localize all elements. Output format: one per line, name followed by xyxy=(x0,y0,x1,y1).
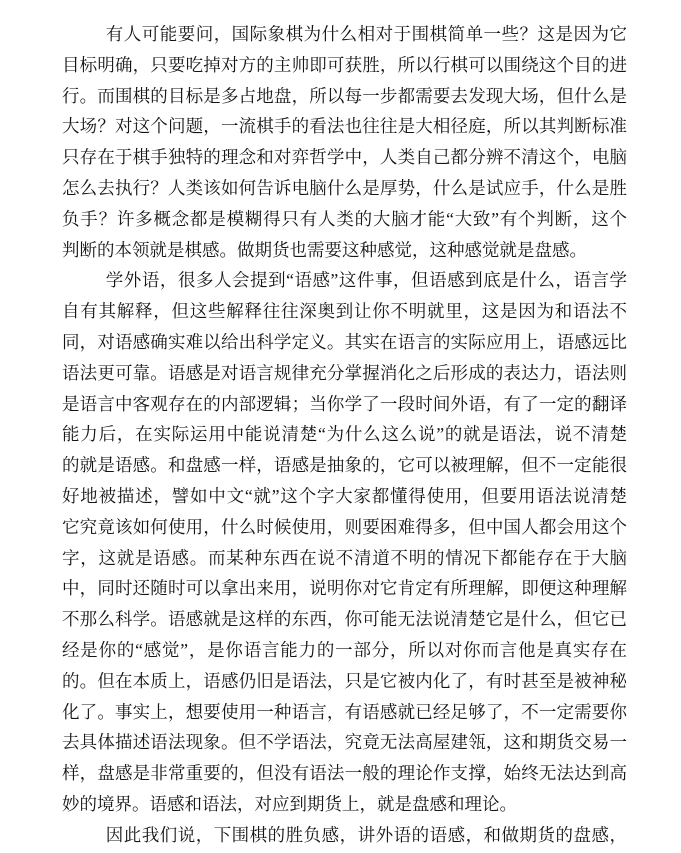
text-line: 经是你的“感觉”，是你语言能力的一部分，所以对你而言他是真实存在 xyxy=(62,635,627,666)
text-line: 同，对语感确实难以给出科学定义。其实在语言的实际应用上，语感远比 xyxy=(62,327,627,358)
text-line: 目标明确，只要吃掉对方的主帅即可获胜，所以行棋可以围绕这个目的进 xyxy=(62,50,627,81)
text-line: 去具体描述语法现象。但不学语法，究竟无法高屋建瓴，这和期货交易一 xyxy=(62,727,627,758)
text-line: 的就是语感。和盘感一样，语感是抽象的，它可以被理解，但不一定能很 xyxy=(62,450,627,481)
text-line: 能力后，在实际运用中能说清楚“为什么这么说”的就是语法，说不清楚 xyxy=(62,419,627,450)
text-line: 行。而围棋的目标是多占地盘，所以每一步都需要去发现大场，但什么是 xyxy=(62,81,627,112)
text-line: 好地被描述，譬如中文“就”这个字大家都懂得使用，但要用语法说清楚 xyxy=(62,481,627,512)
text-line: 妙的境界。语感和语法，对应到期货上，就是盘感和理论。 xyxy=(62,789,627,820)
text-line: 化了。事实上，想要使用一种语言，有语感就已经足够了，不一定需要你 xyxy=(62,697,627,728)
page: 有人可能要问，国际象棋为什么相对于围棋简单一些？这是因为它的目标明确，只要吃掉对… xyxy=(0,0,681,853)
text-line: 怎么去执行？人类该如何告诉电脑什么是厚势，什么是试应手，什么是胜 xyxy=(62,173,627,204)
text-line: 只存在于棋手独特的理念和对弈哲学中，人类自己都分辨不清这个，电脑 xyxy=(62,142,627,173)
text-line: 大场？对这个问题，一流棋手的看法也往往是大相径庭，所以其判断标准 xyxy=(62,111,627,142)
text-line: 有人可能要问，国际象棋为什么相对于围棋简单一些？这是因为它的 xyxy=(62,19,627,50)
text-line: 不那么科学。语感就是这样的东西，你可能无法说清楚它是什么，但它已 xyxy=(62,604,627,635)
text-line: 它究竟该如何使用，什么时候使用，则要困难得多，但中国人都会用这个 xyxy=(62,512,627,543)
text-line: 字，这就是语感。而某种东西在说不清道不明的情况下都能存在于大脑 xyxy=(62,543,627,574)
text-line: 的。但在本质上，语感仍旧是语法，只是它被内化了，有时甚至是被神秘 xyxy=(62,666,627,697)
text-line: 中，同时还随时可以拿出来用，说明你对它肯定有所理解，即便这种理解 xyxy=(62,573,627,604)
text-line: 语法更可靠。语感是对语言规律充分掌握消化之后形成的表达力，语法则 xyxy=(62,358,627,389)
text-line: 样，盘感是非常重要的，但没有语法一般的理论作支撑，始终无法达到高 xyxy=(62,758,627,789)
text-line: 负手？许多概念都是模糊得只有人类的大脑才能“大致”有个判断，这个 xyxy=(62,204,627,235)
text-line: 判断的本领就是棋感。做期货也需要这种感觉，这种感觉就是盘感。 xyxy=(62,235,627,266)
text-line: 自有其解释，但这些解释往往深奥到让你不明就里，这是因为和语法不 xyxy=(62,296,627,327)
text-line: 学外语，很多人会提到“语感”这件事，但语感到底是什么，语言学 xyxy=(62,265,627,296)
text-line: 因此我们说，下围棋的胜负感，讲外语的语感，和做期货的盘感，都 xyxy=(62,820,627,851)
text-line: 是语言中客观存在的内部逻辑；当你学了一段时间外语，有了一定的翻译 xyxy=(62,389,627,420)
text-block: 有人可能要问，国际象棋为什么相对于围棋简单一些？这是因为它的目标明确，只要吃掉对… xyxy=(62,19,627,851)
